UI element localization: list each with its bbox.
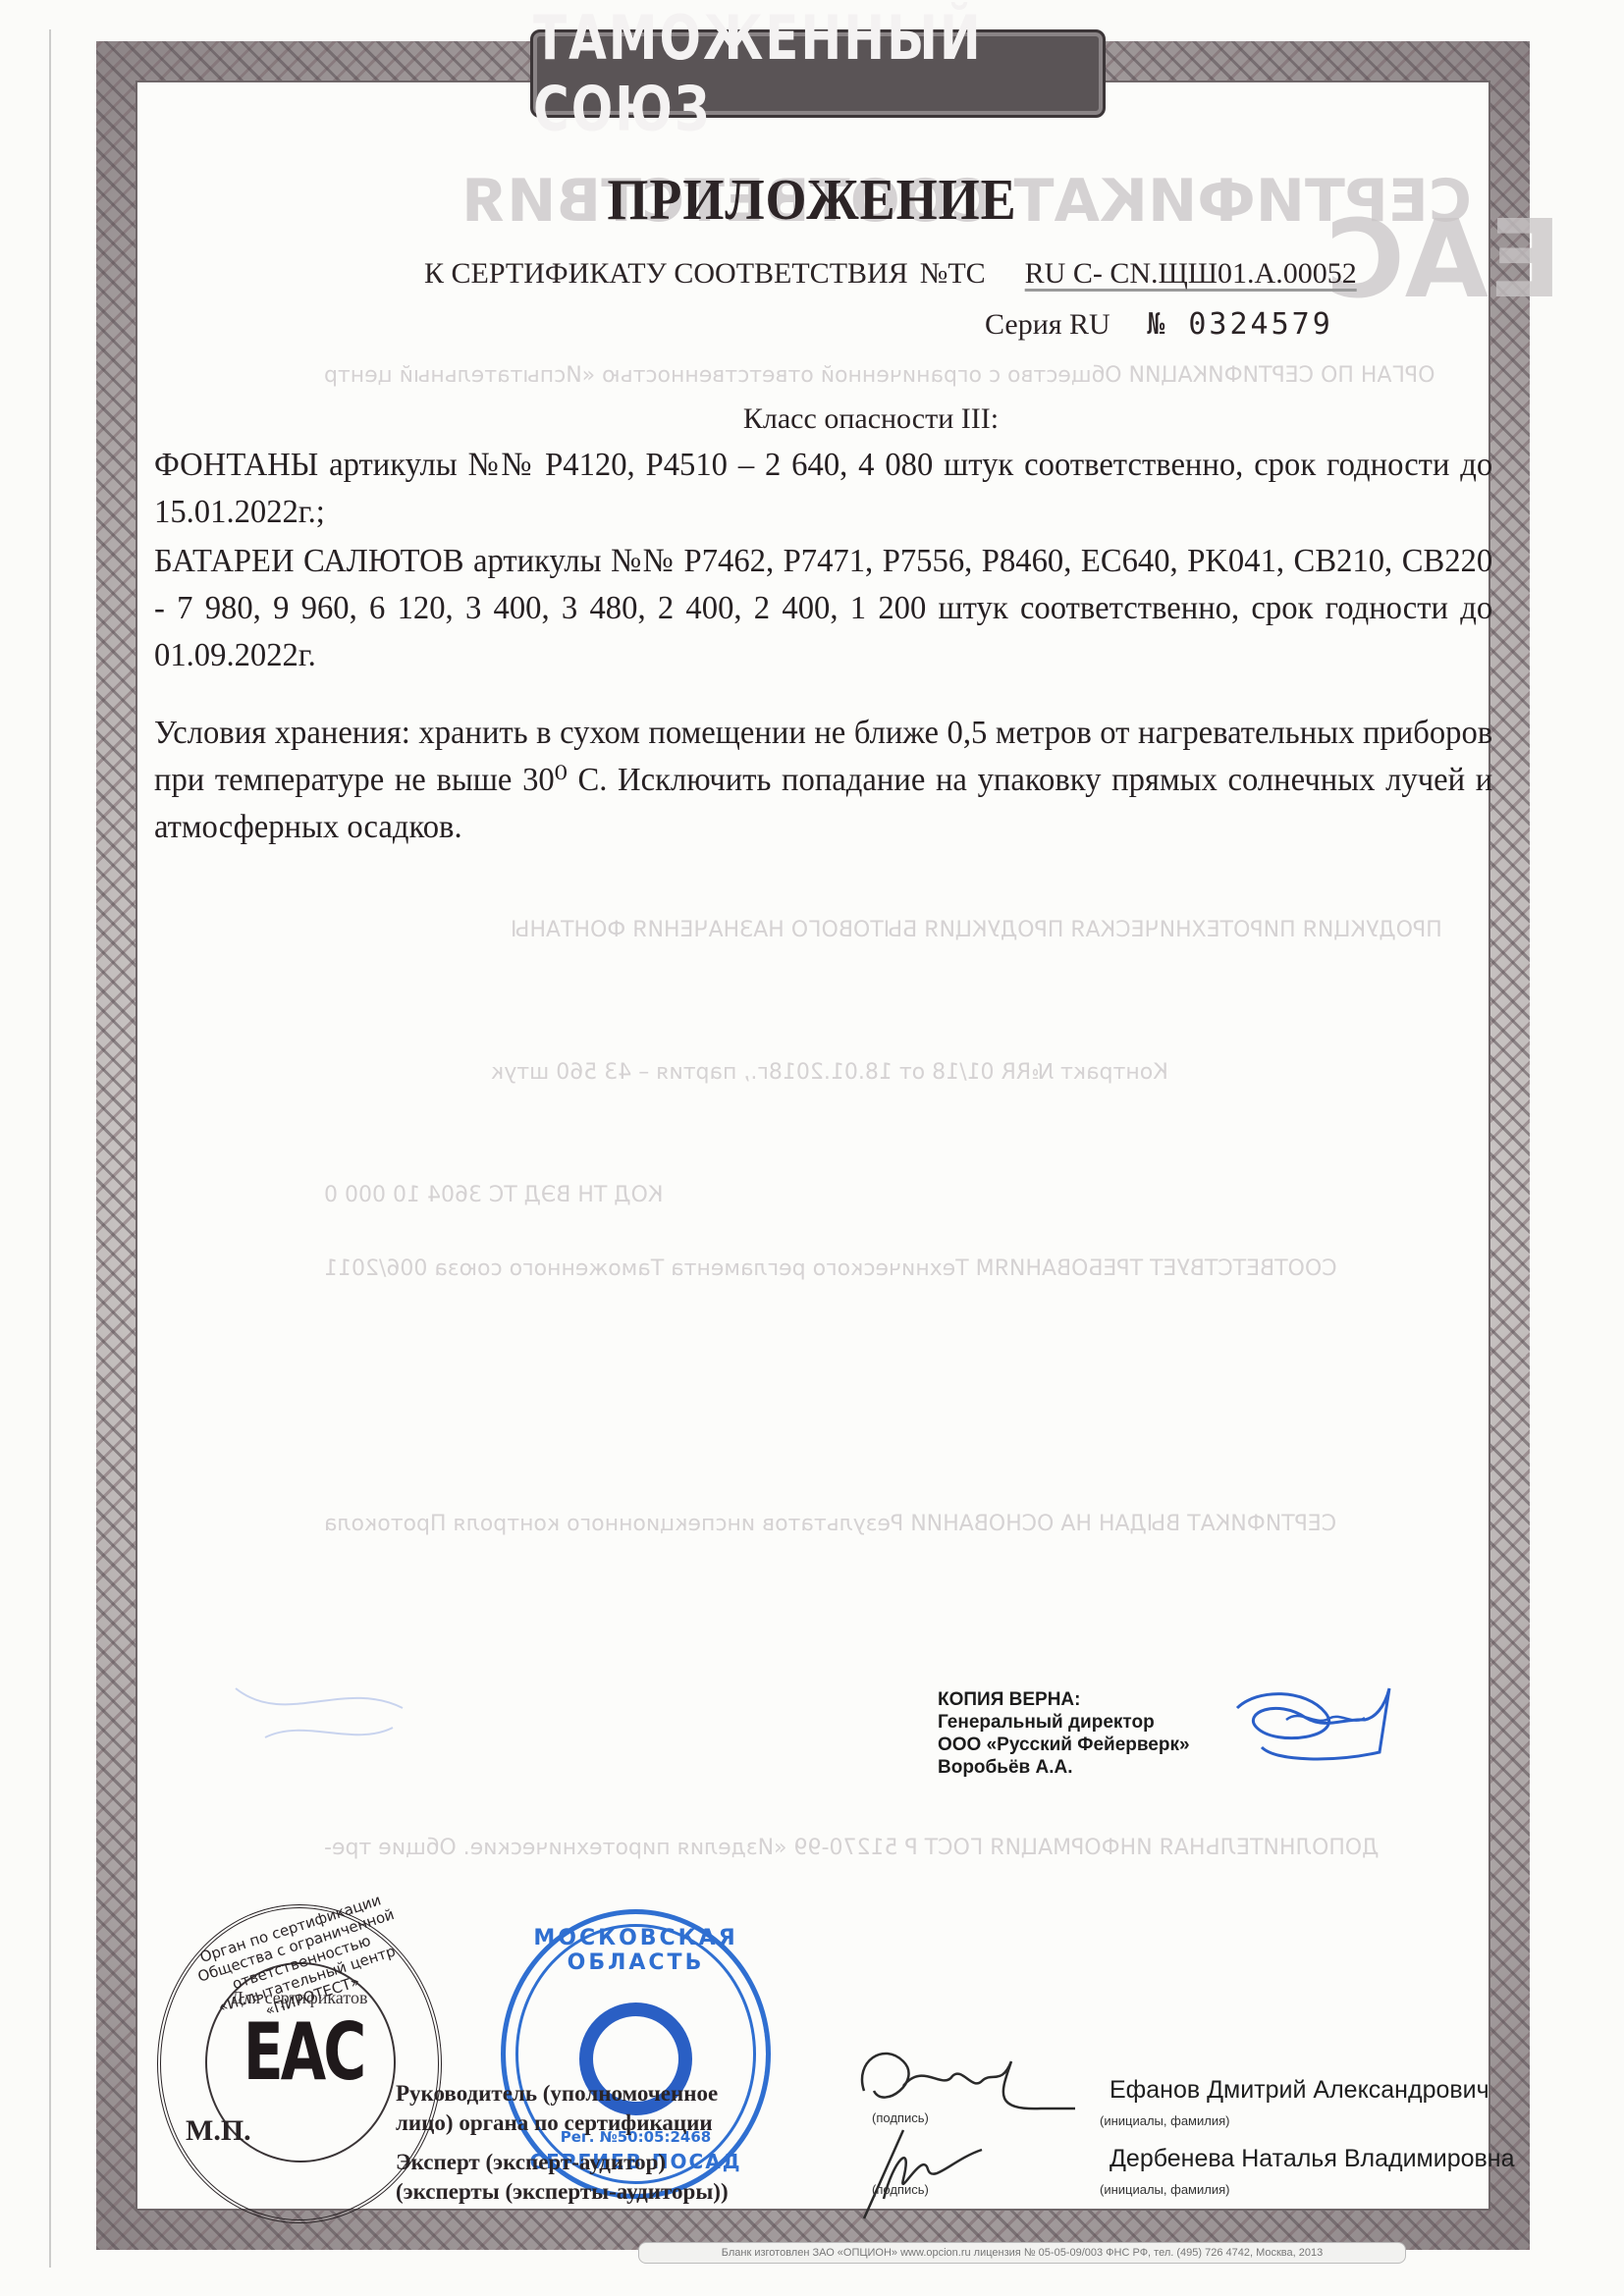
ghost-line: ДОПОЛНИТЕЛЬНАЯ ИНФОРМАЦИЯ ГОСТ Р 51270-9…: [324, 1836, 1379, 1860]
page-title: ПРИЛОЖЕНИЕ: [0, 166, 1624, 233]
stamp-region-text: МОСКОВСКАЯ ОБЛАСТЬ: [506, 1926, 766, 1975]
ghost-signature-icon: [226, 1669, 422, 1767]
copy-line-2: Генеральный директор: [938, 1711, 1190, 1734]
series-label: Серия: [985, 308, 1062, 341]
stamp-mp-label: М.П.: [186, 2114, 251, 2148]
stamp-center-label: Для сертификатов: [161, 1987, 438, 2008]
fountains-paragraph: ФОНТАНЫ артикулы №№ P4120, P4510 – 2 640…: [154, 442, 1492, 536]
signature-caption: (подпись): [872, 2182, 929, 2197]
copy-line-4: Воробьёв А.А.: [938, 1756, 1190, 1779]
series-line: Серия RU № 0324579: [985, 307, 1333, 342]
copy-line-3: ООО «Русский Фейерверк»: [938, 1734, 1190, 1756]
scan-edge-line: [49, 29, 51, 2268]
head-name: Ефанов Дмитрий Александрович: [1110, 2076, 1489, 2105]
certificate-prefix: К СЕРТИФИКАТУ СООТВЕТСТВИЯ: [424, 257, 908, 291]
ghost-line: КОД ТН ВЭД ТС 3604 10 000 0: [324, 1183, 663, 1207]
copy-certification: КОПИЯ ВЕРНА: Генеральный директор ООО «Р…: [938, 1688, 1190, 1779]
banner-text: ТАМОЖЕННЫЙ СОЮЗ: [533, 3, 1103, 145]
signature-caption: (подпись): [872, 2110, 929, 2125]
customs-union-banner: ТАМОЖЕННЫЙ СОЮЗ: [530, 29, 1106, 118]
series-value: RU: [1069, 308, 1110, 341]
director-signature-icon: [1218, 1669, 1424, 1777]
serial-label: №: [1147, 307, 1167, 342]
name-caption: (инициалы, фамилия): [1100, 2113, 1229, 2128]
document-body: [135, 80, 1490, 2211]
ghost-line: ПРОДУКЦИЯ ПИРОТЕХНИЧЕСКАЯ ПРОДУКЦИЯ БЫТО…: [511, 918, 1442, 942]
expert-role: Эксперт (эксперт-аудитор) (эксперты (экс…: [396, 2148, 729, 2207]
storage-conditions: Условия хранения: хранить в сухом помеще…: [154, 710, 1492, 851]
expert-name: Дербенева Наталья Владимировна: [1110, 2145, 1515, 2173]
hazard-class: Класс опасности III:: [0, 402, 1624, 436]
fountains-text: артикулы №№ P4120, P4510 – 2 640, 4 080 …: [154, 447, 1492, 530]
ghost-line: ОРГАН ПО СЕРТИФИКАЦИИ Общество с огранич…: [324, 363, 1435, 388]
certificate-reference: К СЕРТИФИКАТУ СООТВЕТСТВИЯ №ТС RU C- CN.…: [424, 257, 1357, 291]
copy-line-1: КОПИЯ ВЕРНА:: [938, 1688, 1190, 1711]
expert-role-line-2: (эксперты (эксперты-аудиторы)): [396, 2177, 729, 2207]
serial-number: 0324579: [1188, 307, 1332, 342]
batteries-name: БАТАРЕИ САЛЮТОВ: [154, 543, 463, 579]
head-role-line-2: лицо) органа по сертификации: [396, 2109, 718, 2138]
ghost-line: Контракт №RR 01/18 от 18.01.2018г., парт…: [491, 1060, 1168, 1085]
certificate-no-label: №ТС: [920, 257, 986, 291]
head-role: Руководитель (уполномоченное лицо) орган…: [396, 2079, 718, 2138]
eac-logo-icon: ЕАС: [241, 2006, 366, 2098]
serial: № 0324579: [1147, 307, 1333, 342]
ghost-line: СЕРТИФИКАТ ВЫДАН НА ОСНОВАНИИ Результато…: [324, 1512, 1336, 1536]
ghost-line: СООТВЕТСТВУЕТ ТРЕБОВАНИЯМ Технического р…: [324, 1256, 1337, 1281]
printer-note: Бланк изготовлен ЗАО «ОПЦИОН» www.opcion…: [638, 2242, 1406, 2264]
certificate-number: RU C- CN.ЩШ01.А.00052: [1025, 257, 1357, 291]
name-caption: (инициалы, фамилия): [1100, 2182, 1229, 2197]
head-role-line-1: Руководитель (уполномоченное: [396, 2079, 718, 2109]
expert-role-line-1: Эксперт (эксперт-аудитор): [396, 2148, 729, 2177]
fountains-name: ФОНТАНЫ: [154, 447, 318, 483]
batteries-paragraph: БАТАРЕИ САЛЮТОВ артикулы №№ P7462, P7471…: [154, 538, 1492, 679]
expert-signature-icon: [835, 2120, 992, 2228]
